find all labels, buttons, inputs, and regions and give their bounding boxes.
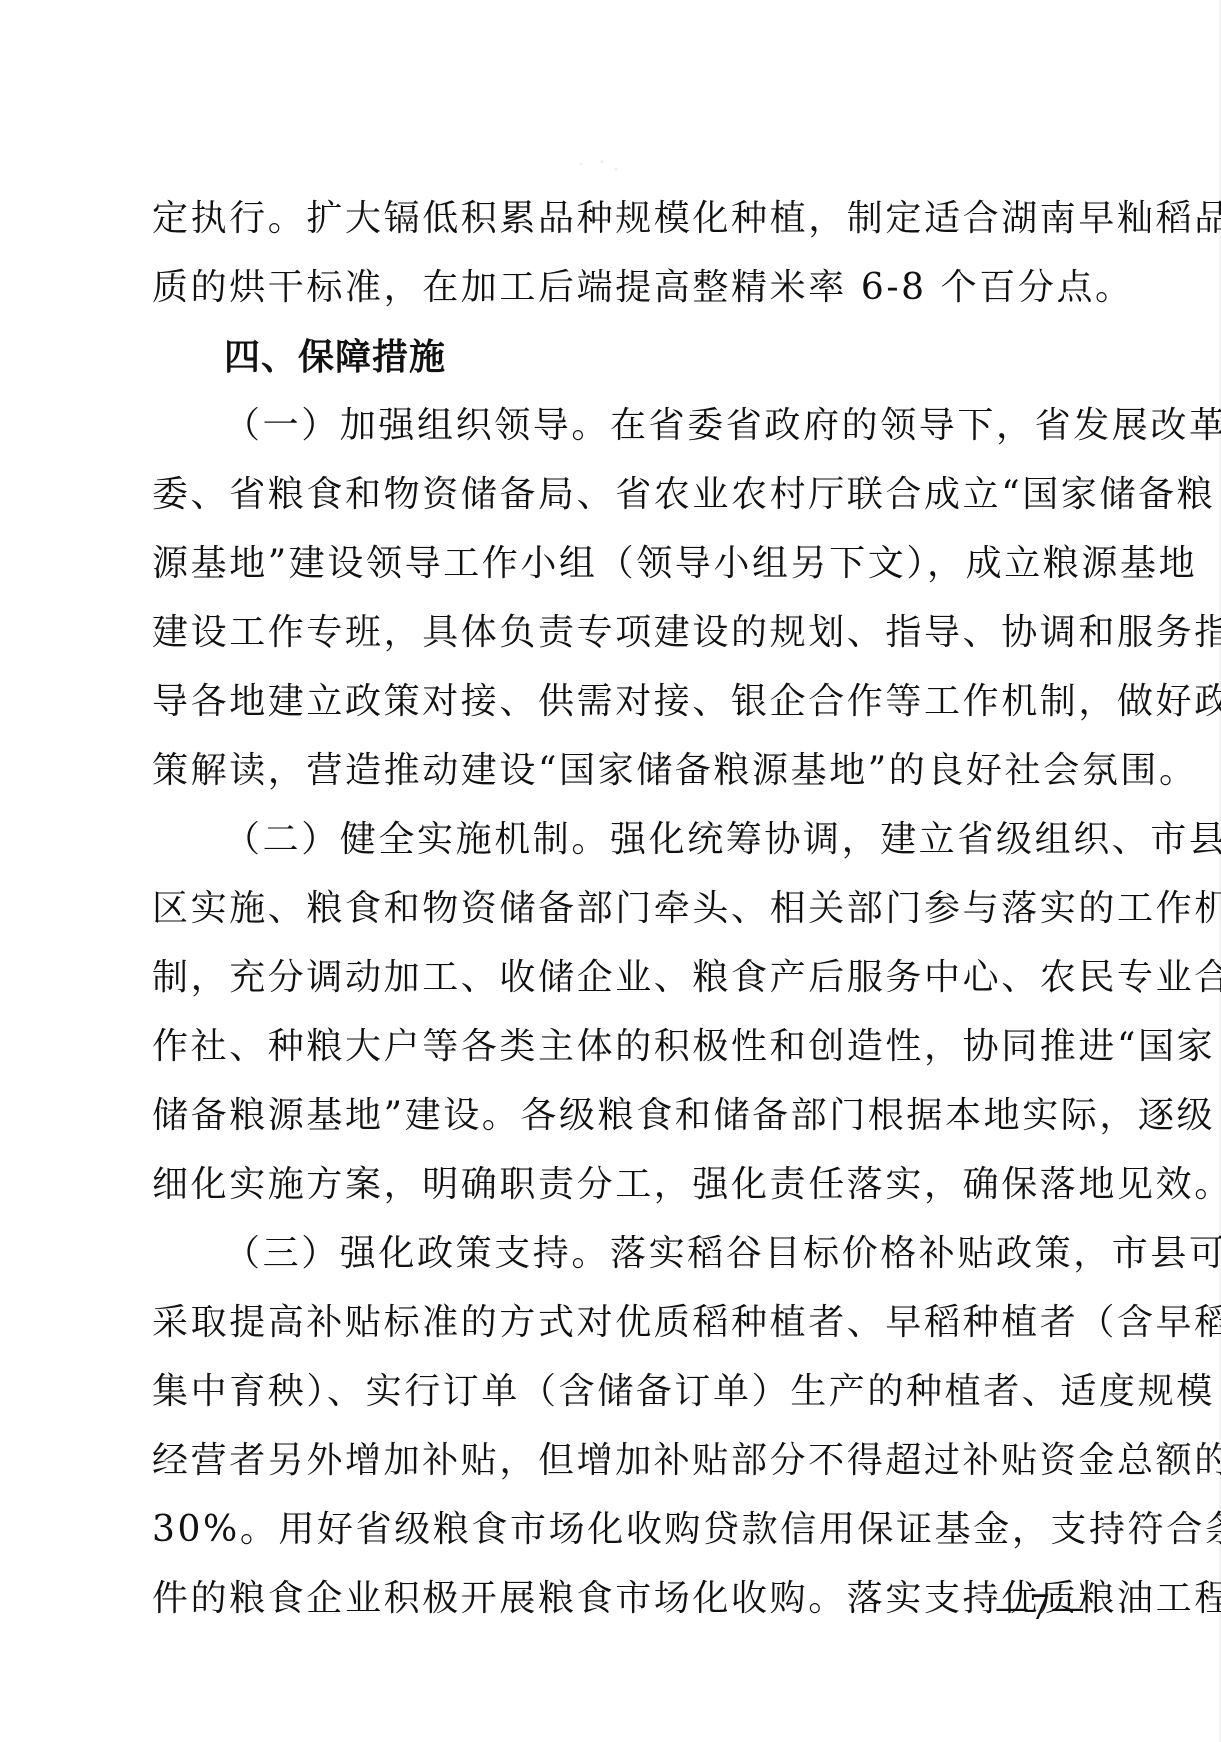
- body-text-line: 件的粮食企业积极开展粮食市场化收购。落实支持优质粮油工程: [152, 1569, 1072, 1629]
- body-text-line: 采取提高补贴标准的方式对优质稻种植者、早稻种植者（含早稻: [152, 1293, 1072, 1353]
- body-text-line: 区实施、粮食和物资储备部门牵头、相关部门参与落实的工作机: [152, 879, 1072, 939]
- body-text-line: 质的烘干标准，在加工后端提高整精米率 6-8 个百分点。: [152, 258, 1072, 318]
- body-text-line: 经营者另外增加补贴，但增加补贴部分不得超过补贴资金总额的: [152, 1431, 1072, 1491]
- body-text-line: 建设工作专班，具体负责专项建设的规划、指导、协调和服务指: [152, 603, 1072, 663]
- body-text-line: 作社、种粮大户等各类主体的积极性和创造性，协同推进“国家: [152, 1017, 1072, 1077]
- subsection-paragraph-start: （一）加强组织领导。在省委省政府的领导下，省发展改革: [224, 396, 1074, 456]
- section-heading: 四、保障措施: [224, 327, 1074, 387]
- body-text-line: 制，充分调动加工、收储企业、粮食产后服务中心、农民专业合: [152, 948, 1072, 1008]
- scan-artifact: [560, 152, 630, 176]
- body-text-line: 策解读，营造推动建设“国家储备粮源基地”的良好社会氛围。: [152, 741, 1072, 801]
- body-text-line: 储备粮源基地”建设。各级粮食和储备部门根据本地实际，逐级: [152, 1086, 1072, 1146]
- body-text-line: 委、省粮食和物资储备局、省农业农村厅联合成立“国家储备粮: [152, 465, 1072, 525]
- body-text-line: 定执行。扩大镉低积累品种规模化种植，制定适合湖南早籼稻品: [152, 189, 1072, 249]
- body-text-line: 30%。用好省级粮食市场化收购贷款信用保证基金，支持符合条: [152, 1500, 1072, 1560]
- document-page: 定执行。扩大镉低积累品种规模化种植，制定适合湖南早籼稻品 质的烘干标准，在加工后…: [0, 0, 1221, 1742]
- page-number: —7—: [995, 1588, 1085, 1628]
- body-text-line: 集中育秧）、实行订单（含储备订单）生产的种植者、适度规模: [152, 1362, 1072, 1422]
- body-text-line: 导各地建立政策对接、供需对接、银企合作等工作机制，做好政: [152, 672, 1072, 732]
- body-text-line: 源基地”建设领导工作小组（领导小组另下文），成立粮源基地: [152, 534, 1072, 594]
- body-text-line: 细化实施方案，明确职责分工，强化责任落实，确保落地见效。: [152, 1155, 1072, 1215]
- subsection-paragraph-start: （三）强化政策支持。落实稻谷目标价格补贴政策，市县可: [224, 1224, 1074, 1284]
- subsection-paragraph-start: （二）健全实施机制。强化统筹协调，建立省级组织、市县: [224, 810, 1074, 870]
